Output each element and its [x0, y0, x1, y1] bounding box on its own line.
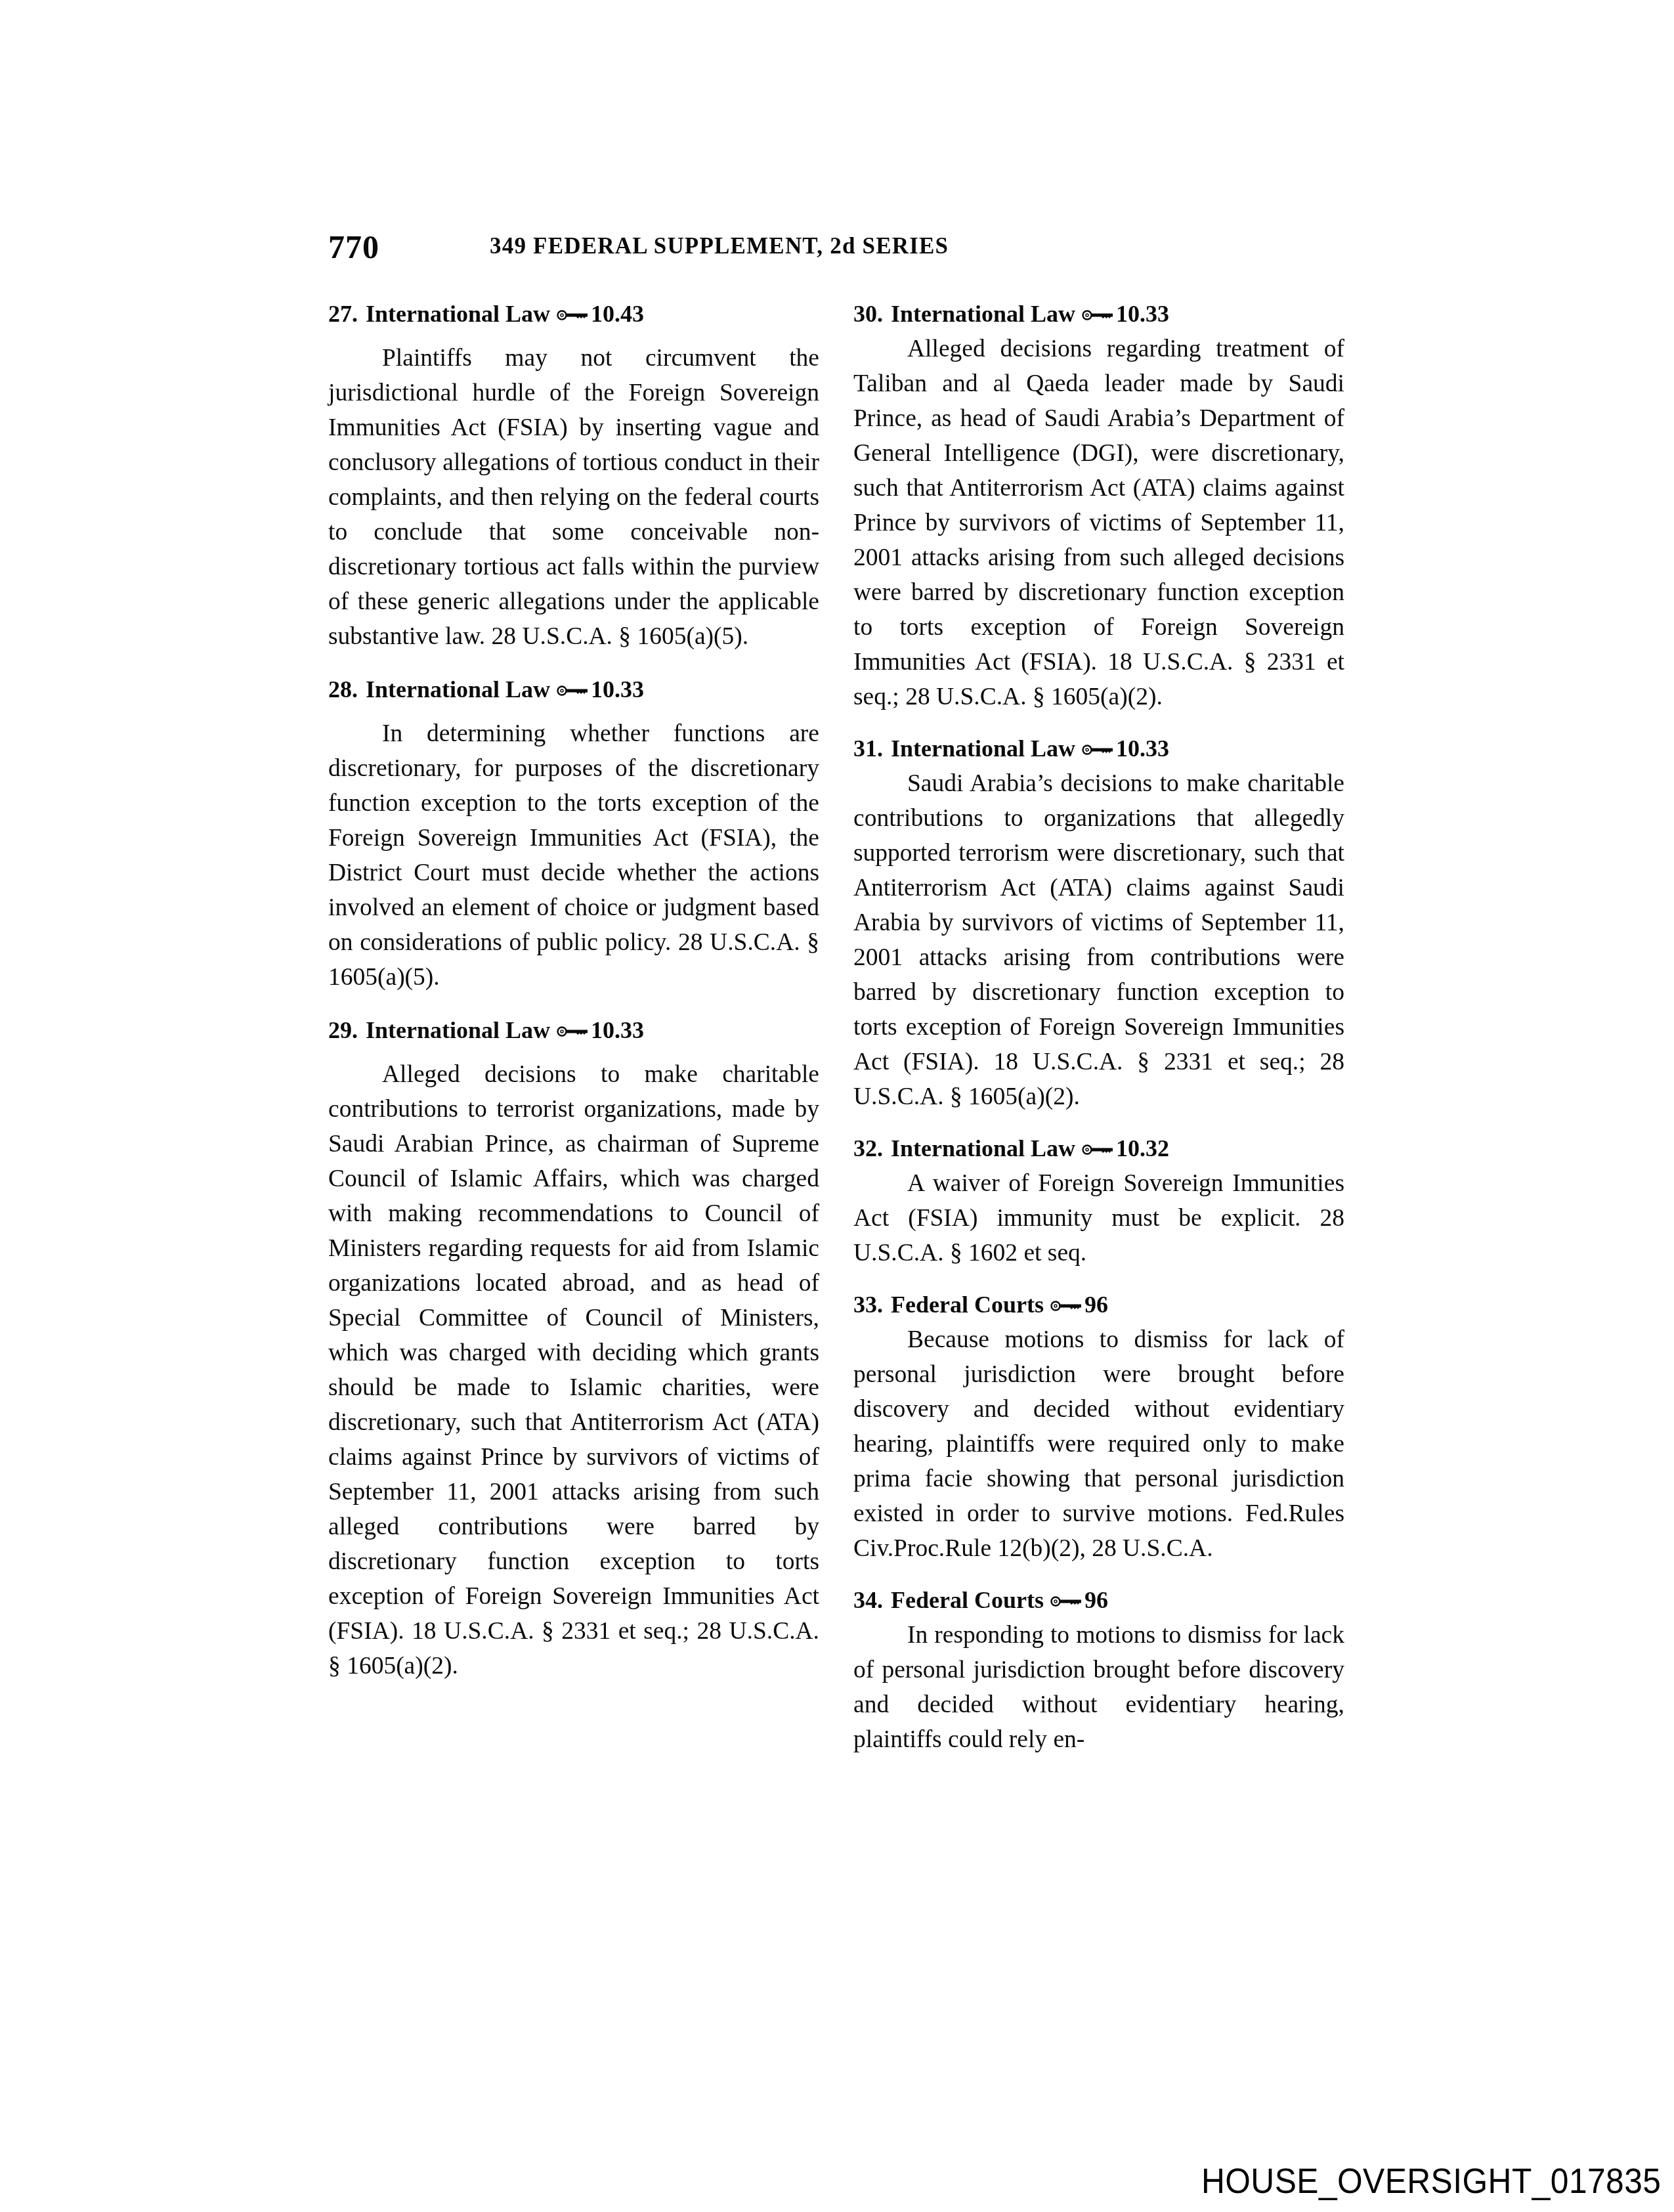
headnote-title: 27. International Law 10.43	[328, 297, 819, 332]
running-header: 770 349 FEDERAL SUPPLEMENT, 2d SERIES	[328, 223, 1344, 269]
headnote-27: 27. International Law 10.43 Plaintiffs m…	[328, 297, 819, 654]
page-number: 770	[328, 227, 379, 267]
key-icon	[1082, 743, 1115, 757]
headnote-title: 34. Federal Courts 96	[853, 1583, 1344, 1618]
headnote-topic: International Law	[366, 297, 550, 332]
key-number: 10.33	[591, 672, 644, 707]
headnote-topic: Federal Courts	[891, 1583, 1044, 1618]
headnote-number: 32.	[853, 1131, 883, 1166]
bates-number: HOUSE_OVERSIGHT_017835	[1201, 2161, 1661, 2201]
headnote-number: 34.	[853, 1583, 883, 1618]
headnote-topic: International Law	[891, 1131, 1075, 1166]
headnote-body: Plaintiffs may not circumvent the jurisd…	[328, 341, 819, 654]
key-icon	[1050, 1594, 1083, 1609]
key-number: 96	[1084, 1583, 1108, 1618]
headnote-34: 34. Federal Courts 96 In responding to m…	[853, 1583, 1344, 1757]
headnote-number: 28.	[328, 672, 358, 707]
headnote-topic: International Law	[891, 297, 1075, 332]
headnote-number: 33.	[853, 1288, 883, 1322]
headnote-31: 31. International Law 10.33 Saudi Arabia…	[853, 731, 1344, 1114]
headnote-30: 30. International Law 10.33 Alleged deci…	[853, 297, 1344, 714]
headnote-title: 28. International Law 10.33	[328, 672, 819, 707]
headnote-body: Saudi Arabia’s decisions to make charita…	[853, 766, 1344, 1114]
headnote-topic: Federal Courts	[891, 1288, 1044, 1322]
key-icon	[557, 1024, 590, 1039]
key-icon	[1050, 1299, 1083, 1313]
headnote-28: 28. International Law 10.33 In determini…	[328, 672, 819, 995]
key-icon	[557, 683, 590, 698]
running-title: 349 FEDERAL SUPPLEMENT, 2d SERIES	[490, 230, 949, 263]
headnote-number: 27.	[328, 297, 358, 332]
headnote-33: 33. Federal Courts 96 Because motions to…	[853, 1288, 1344, 1566]
headnote-body: Alleged decisions to make charitable con…	[328, 1057, 819, 1683]
key-number: 10.33	[1116, 297, 1169, 332]
headnote-32: 32. International Law 10.32 A waiver of …	[853, 1131, 1344, 1270]
headnote-body: Alleged decisions regarding treatment of…	[853, 332, 1344, 714]
headnote-number: 29.	[328, 1013, 358, 1048]
key-number: 96	[1084, 1288, 1108, 1322]
headnote-number: 31.	[853, 731, 883, 766]
key-number: 10.33	[591, 1013, 644, 1048]
left-column: 27. International Law 10.43 Plaintiffs m…	[328, 297, 819, 1683]
headnote-title: 33. Federal Courts 96	[853, 1288, 1344, 1322]
headnote-body: A waiver of Foreign Sovereign Immunities…	[853, 1166, 1344, 1270]
headnote-title: 32. International Law 10.32	[853, 1131, 1344, 1166]
headnote-number: 30.	[853, 297, 883, 332]
key-icon	[1082, 308, 1115, 322]
headnote-topic: International Law	[366, 1013, 550, 1048]
key-number: 10.33	[1116, 731, 1169, 766]
headnote-topic: International Law	[366, 672, 550, 707]
key-number: 10.32	[1116, 1131, 1169, 1166]
headnote-title: 30. International Law 10.33	[853, 297, 1344, 332]
headnote-29: 29. International Law 10.33 Alleged deci…	[328, 1013, 819, 1683]
headnote-title: 29. International Law 10.33	[328, 1013, 819, 1048]
headnote-topic: International Law	[891, 731, 1075, 766]
key-number: 10.43	[591, 297, 644, 332]
headnote-body: Because motions to dismiss for lack of p…	[853, 1322, 1344, 1566]
key-icon	[557, 308, 590, 322]
headnote-body: In determining whether functions are dis…	[328, 716, 819, 995]
headnote-body: In responding to motions to dismiss for …	[853, 1618, 1344, 1757]
headnote-title: 31. International Law 10.33	[853, 731, 1344, 766]
right-column: 30. International Law 10.33 Alleged deci…	[853, 297, 1344, 1757]
key-icon	[1082, 1142, 1115, 1157]
